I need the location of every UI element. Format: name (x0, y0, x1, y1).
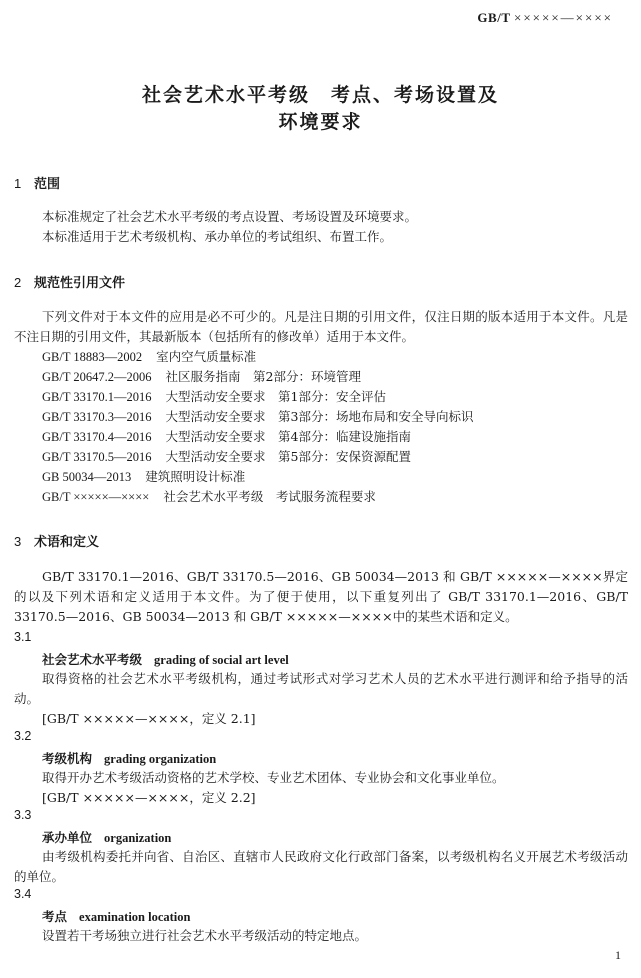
term-en: examination location (79, 910, 190, 924)
reference-item: GB/T 33170.1—2016大型活动安全要求 第1部分：安全评估 (42, 387, 386, 407)
term-title: 考点examination location (42, 907, 190, 925)
standard-number: ×××××—×××× (514, 10, 613, 25)
reference-code: GB/T 20647.2—2006 (42, 367, 152, 387)
page-number: 1 (615, 948, 621, 963)
reference-item: GB 50034—2013建筑照明设计标准 (42, 467, 245, 487)
term-number: 3.1 (14, 630, 31, 644)
section-heading-normative-refs: 2规范性引用文件 (14, 272, 125, 291)
document-title-line1: 社会艺术水平考级 考点、考场设置及 (0, 80, 641, 107)
reference-name: 大型活动安全要求 第5部分：安保资源配置 (166, 449, 411, 464)
reference-code: GB 50034—2013 (42, 467, 131, 487)
term-definition: 取得开办艺术考级活动资格的艺术学校、专业艺术团体、专业协会和文化事业单位。 (42, 768, 505, 788)
reference-name: 大型活动安全要求 第3部分：场地布局和安全导向标识 (166, 409, 474, 424)
reference-code: GB/T 33170.5—2016 (42, 447, 152, 467)
term-zh: 承办单位 (42, 830, 92, 845)
term-en: grading of social art level (154, 653, 289, 667)
term-definition: 由考级机构委托并向省、自治区、直辖市人民政府文化行政部门备案，以考级机构名义开展… (14, 847, 628, 887)
section-heading-terms: 3术语和定义 (14, 531, 99, 550)
reference-name: 社会艺术水平考级 考试服务流程要求 (163, 489, 376, 504)
reference-item: GB/T 20647.2—2006社区服务指南 第2部分：环境管理 (42, 367, 361, 387)
reference-code: GB/T 33170.1—2016 (42, 387, 152, 407)
reference-code: GB/T 33170.3—2016 (42, 407, 152, 427)
standard-prefix: GB/T (477, 10, 510, 25)
term-title: 社会艺术水平考级grading of social art level (42, 650, 289, 668)
reference-item: GB/T 33170.3—2016大型活动安全要求 第3部分：场地布局和安全导向… (42, 407, 473, 427)
document-title-line2: 环境要求 (0, 107, 641, 134)
section-heading-scope: 1范围 (14, 173, 60, 192)
section-title: 术语和定义 (34, 535, 99, 550)
normative-refs-intro: 下列文件对于本文件的应用是必不可少的。凡是注日期的引用文件，仅注日期的版本适用于… (14, 307, 628, 347)
term-title: 考级机构grading organization (42, 749, 216, 767)
term-zh: 社会艺术水平考级 (42, 652, 142, 667)
reference-code: GB/T 18883—2002 (42, 347, 142, 367)
term-number: 3.3 (14, 808, 31, 822)
reference-item: GB/T 33170.4—2016大型活动安全要求 第4部分：临建设施指南 (42, 427, 411, 447)
standard-code-header: GB/T ×××××—×××× (477, 10, 613, 26)
reference-item: GB/T ×××××—××××社会艺术水平考级 考试服务流程要求 (42, 487, 376, 507)
reference-name: 建筑照明设计标准 (145, 469, 245, 484)
term-title: 承办单位organization (42, 828, 171, 846)
term-en: organization (104, 831, 171, 845)
term-number: 3.2 (14, 729, 31, 743)
term-definition: 取得资格的社会艺术水平考级机构，通过考试形式对学习艺术人员的艺术水平进行测评和给… (14, 669, 628, 709)
section-title: 范围 (34, 177, 60, 192)
term-en: grading organization (104, 752, 216, 766)
reference-code: GB/T 33170.4—2016 (42, 427, 152, 447)
term-source: [GB/T ×××××—××××，定义 2.2] (42, 788, 256, 808)
term-source: [GB/T ×××××—××××，定义 2.1] (42, 709, 256, 729)
term-zh: 考级机构 (42, 751, 92, 766)
reference-name: 大型活动安全要求 第4部分：临建设施指南 (166, 429, 411, 444)
term-definition: 设置若干考场独立进行社会艺术水平考级活动的特定地点。 (42, 926, 367, 946)
reference-item: GB/T 18883—2002室内空气质量标准 (42, 347, 256, 367)
section-number: 3 (14, 534, 34, 549)
term-number: 3.4 (14, 887, 31, 901)
term-zh: 考点 (42, 909, 67, 924)
section-number: 1 (14, 176, 34, 191)
reference-name: 大型活动安全要求 第1部分：安全评估 (166, 389, 386, 404)
terms-intro: GB/T 33170.1—2016、GB/T 33170.5—2016、GB 5… (14, 567, 628, 627)
reference-code: GB/T ×××××—×××× (42, 487, 149, 507)
reference-name: 室内空气质量标准 (156, 349, 256, 364)
section-title: 规范性引用文件 (34, 276, 125, 291)
reference-name: 社区服务指南 第2部分：环境管理 (166, 369, 361, 384)
scope-paragraph-1: 本标准规定了社会艺术水平考级的考点设置、考场设置及环境要求。 (42, 207, 417, 227)
section-number: 2 (14, 275, 34, 290)
scope-paragraph-2: 本标准适用于艺术考级机构、承办单位的考试组织、布置工作。 (42, 227, 392, 247)
reference-item: GB/T 33170.5—2016大型活动安全要求 第5部分：安保资源配置 (42, 447, 411, 467)
